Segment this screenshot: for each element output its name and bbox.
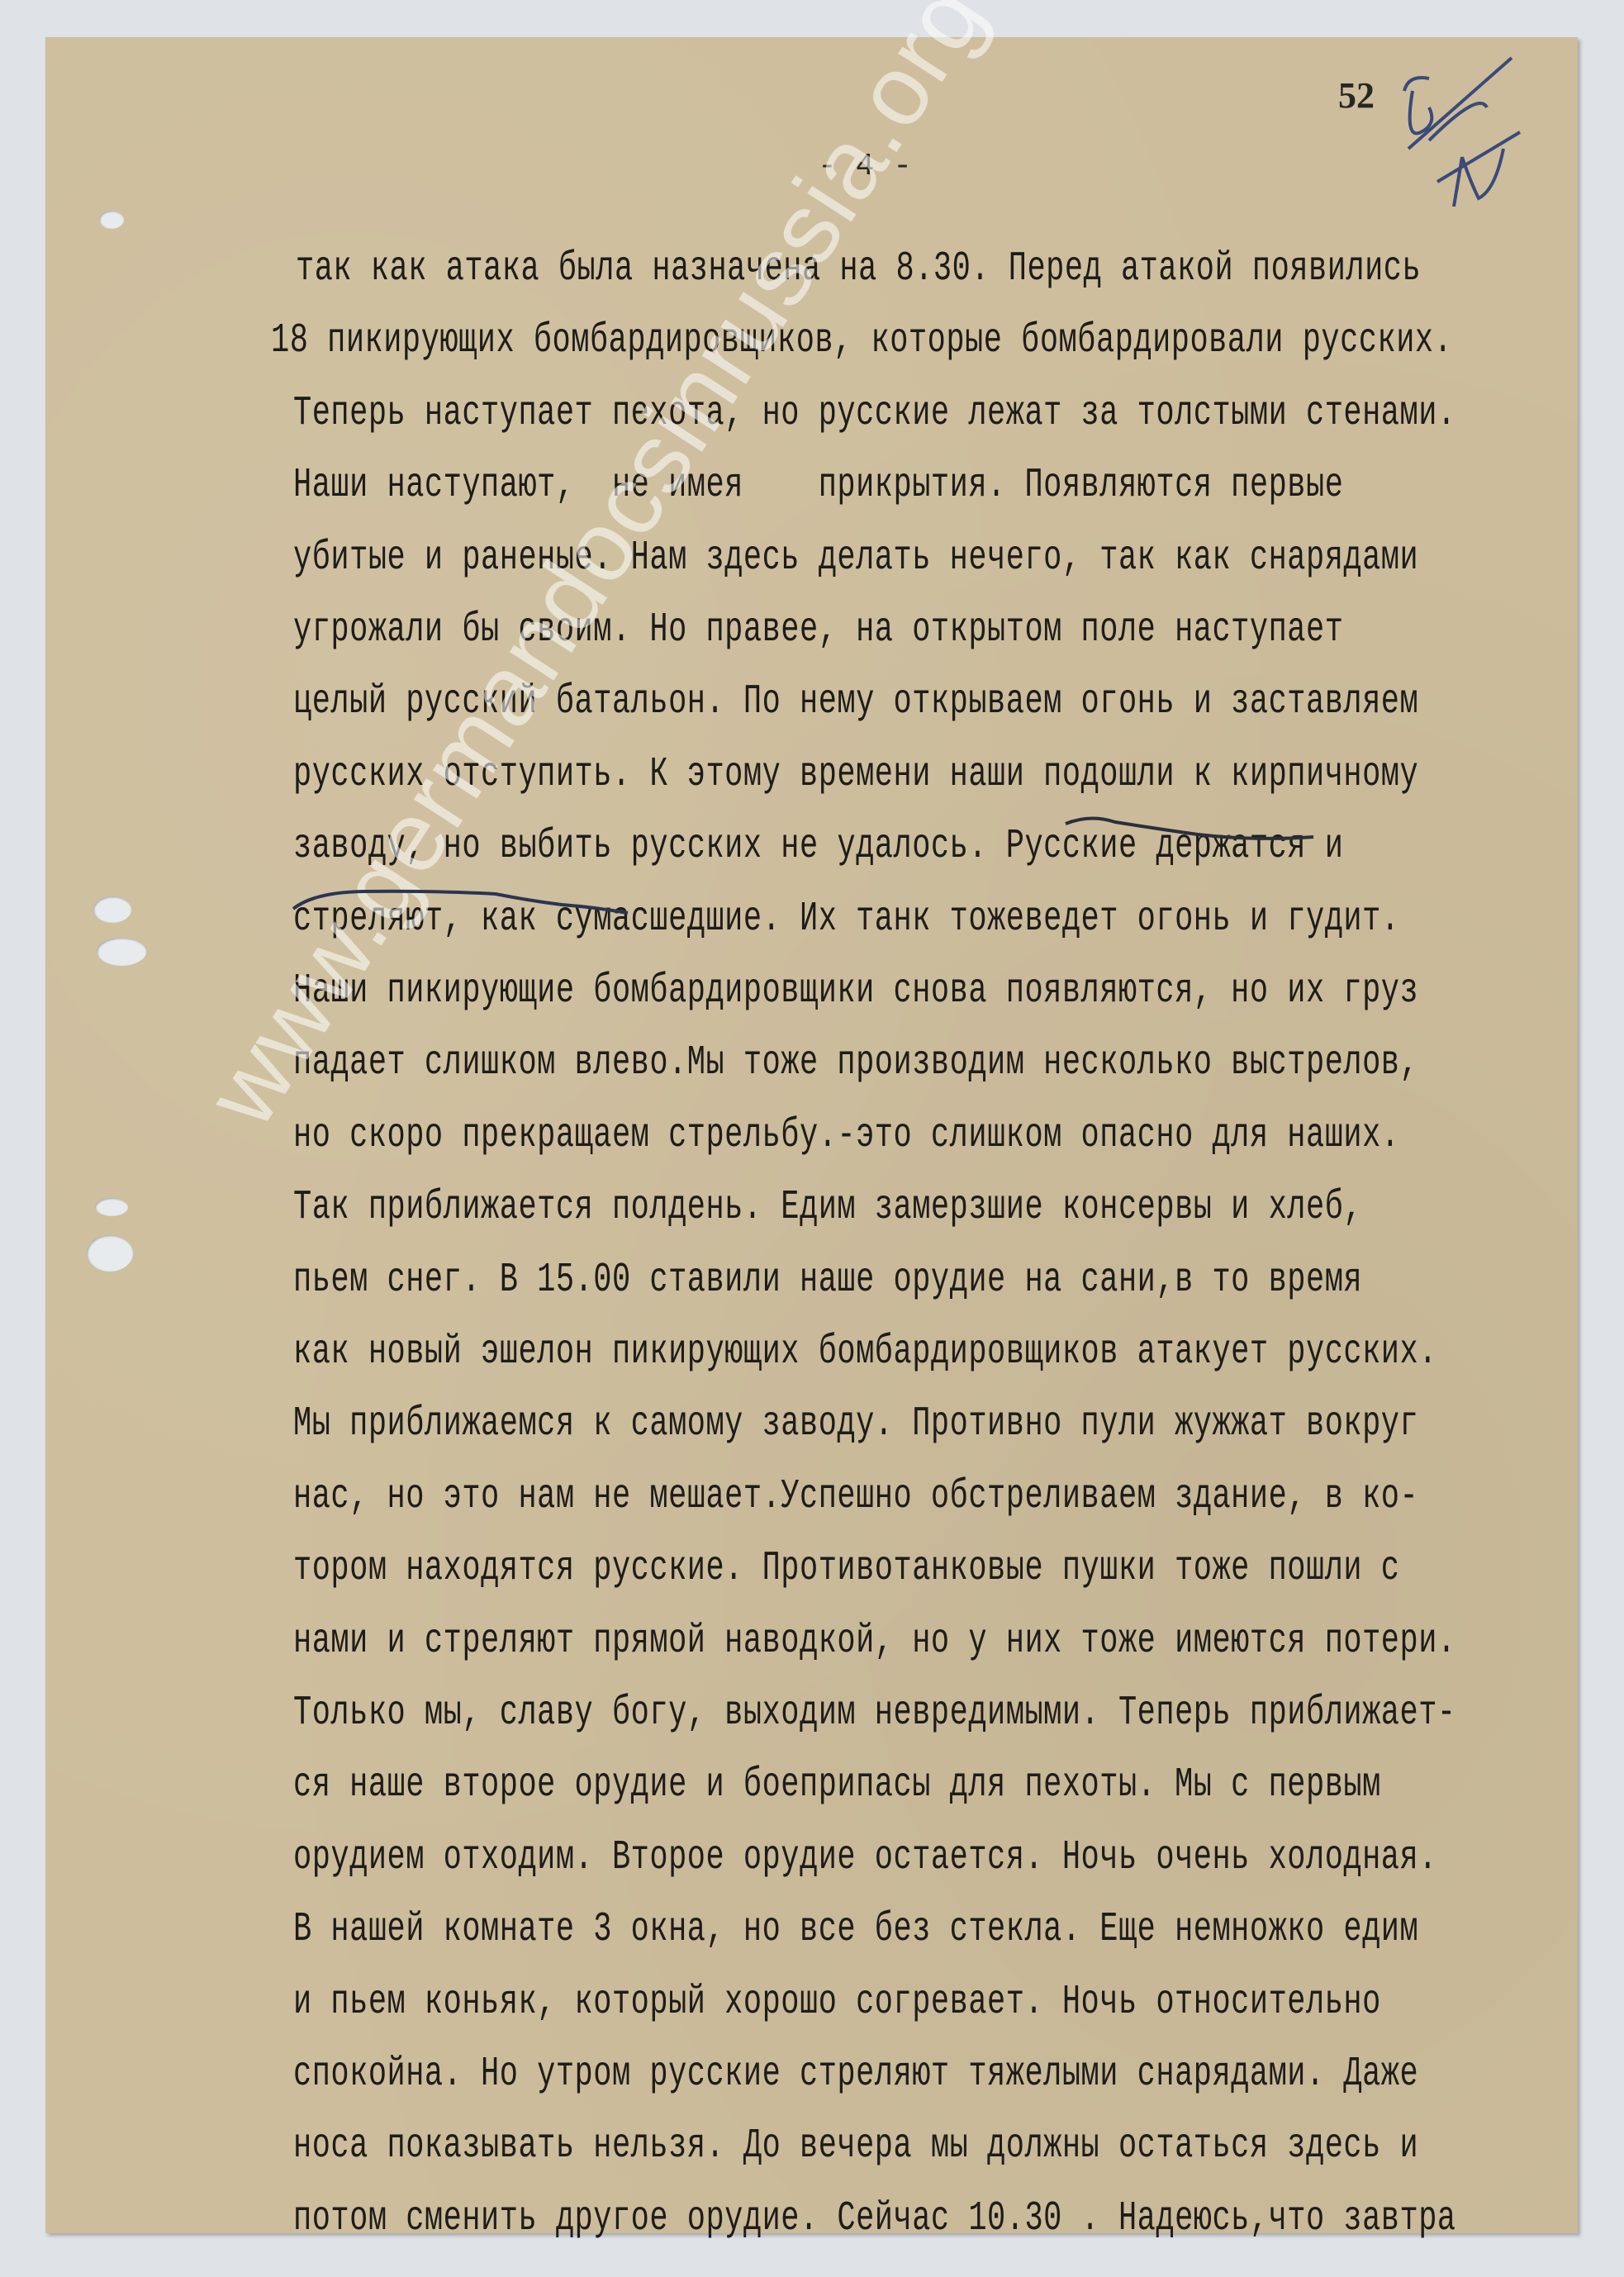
- text-line: убитые и раненые. Нам здесь делать нечег…: [293, 535, 1418, 582]
- text-line: спокойна. Но утром русские стреляют тяже…: [293, 2051, 1418, 2099]
- text-line: Только мы, славу богу, выходим невредимы…: [293, 1690, 1456, 1737]
- text-line: Наши наступают, не имея прикрытия. Появл…: [293, 463, 1343, 510]
- text-line: падает слишком влево.Мы тоже производим …: [293, 1040, 1418, 1087]
- text-line: тором находятся русские. Противотанковые…: [293, 1546, 1400, 1593]
- text-line: как новый эшелон пикирующих бомбардировщ…: [293, 1329, 1437, 1376]
- typed-text-body: так как атака была назначена на 8.30. Пе…: [0, 0, 1624, 2277]
- text-line: 18 пикирующих бомбардировщиков, которые …: [271, 318, 1452, 365]
- text-line: Мы приближаемся к самому заводу. Противн…: [293, 1401, 1418, 1448]
- text-line: В нашей комнате 3 окна, но все без стекл…: [293, 1907, 1418, 1954]
- text-line: но скоро прекращаем стрельбу.-это слишко…: [293, 1112, 1400, 1159]
- text-line: Наши пикирующие бомбардировщики снова по…: [293, 968, 1418, 1015]
- text-line: Так приближается полдень. Едим замерзшие…: [293, 1185, 1362, 1232]
- text-line: ся наше второе орудие и боеприпасы для п…: [293, 1762, 1381, 1809]
- text-line: нами и стреляют прямой наводкой, но у ни…: [293, 1618, 1456, 1665]
- text-line: нас, но это нам не мешает.Успешно обстре…: [293, 1473, 1418, 1520]
- text-line: Теперь наступает пехота, но русские лежа…: [293, 390, 1456, 437]
- text-line: угрожали бы своим. Но правее, на открыто…: [293, 607, 1343, 654]
- text-line: носа показывать нельзя. До вечера мы дол…: [293, 2123, 1418, 2170]
- text-line: потом сменить другое орудие. Сейчас 10.3…: [293, 2195, 1456, 2242]
- text-line: пьем снег. В 15.00 ставили наше орудие н…: [293, 1257, 1362, 1304]
- text-line: стреляют, как сумасшедшие. Их танк тожев…: [293, 896, 1400, 943]
- text-line: и пьем коньяк, который хорошо согревает.…: [293, 1979, 1381, 2026]
- text-line: орудием отходим. Второе орудие остается.…: [293, 1834, 1437, 1881]
